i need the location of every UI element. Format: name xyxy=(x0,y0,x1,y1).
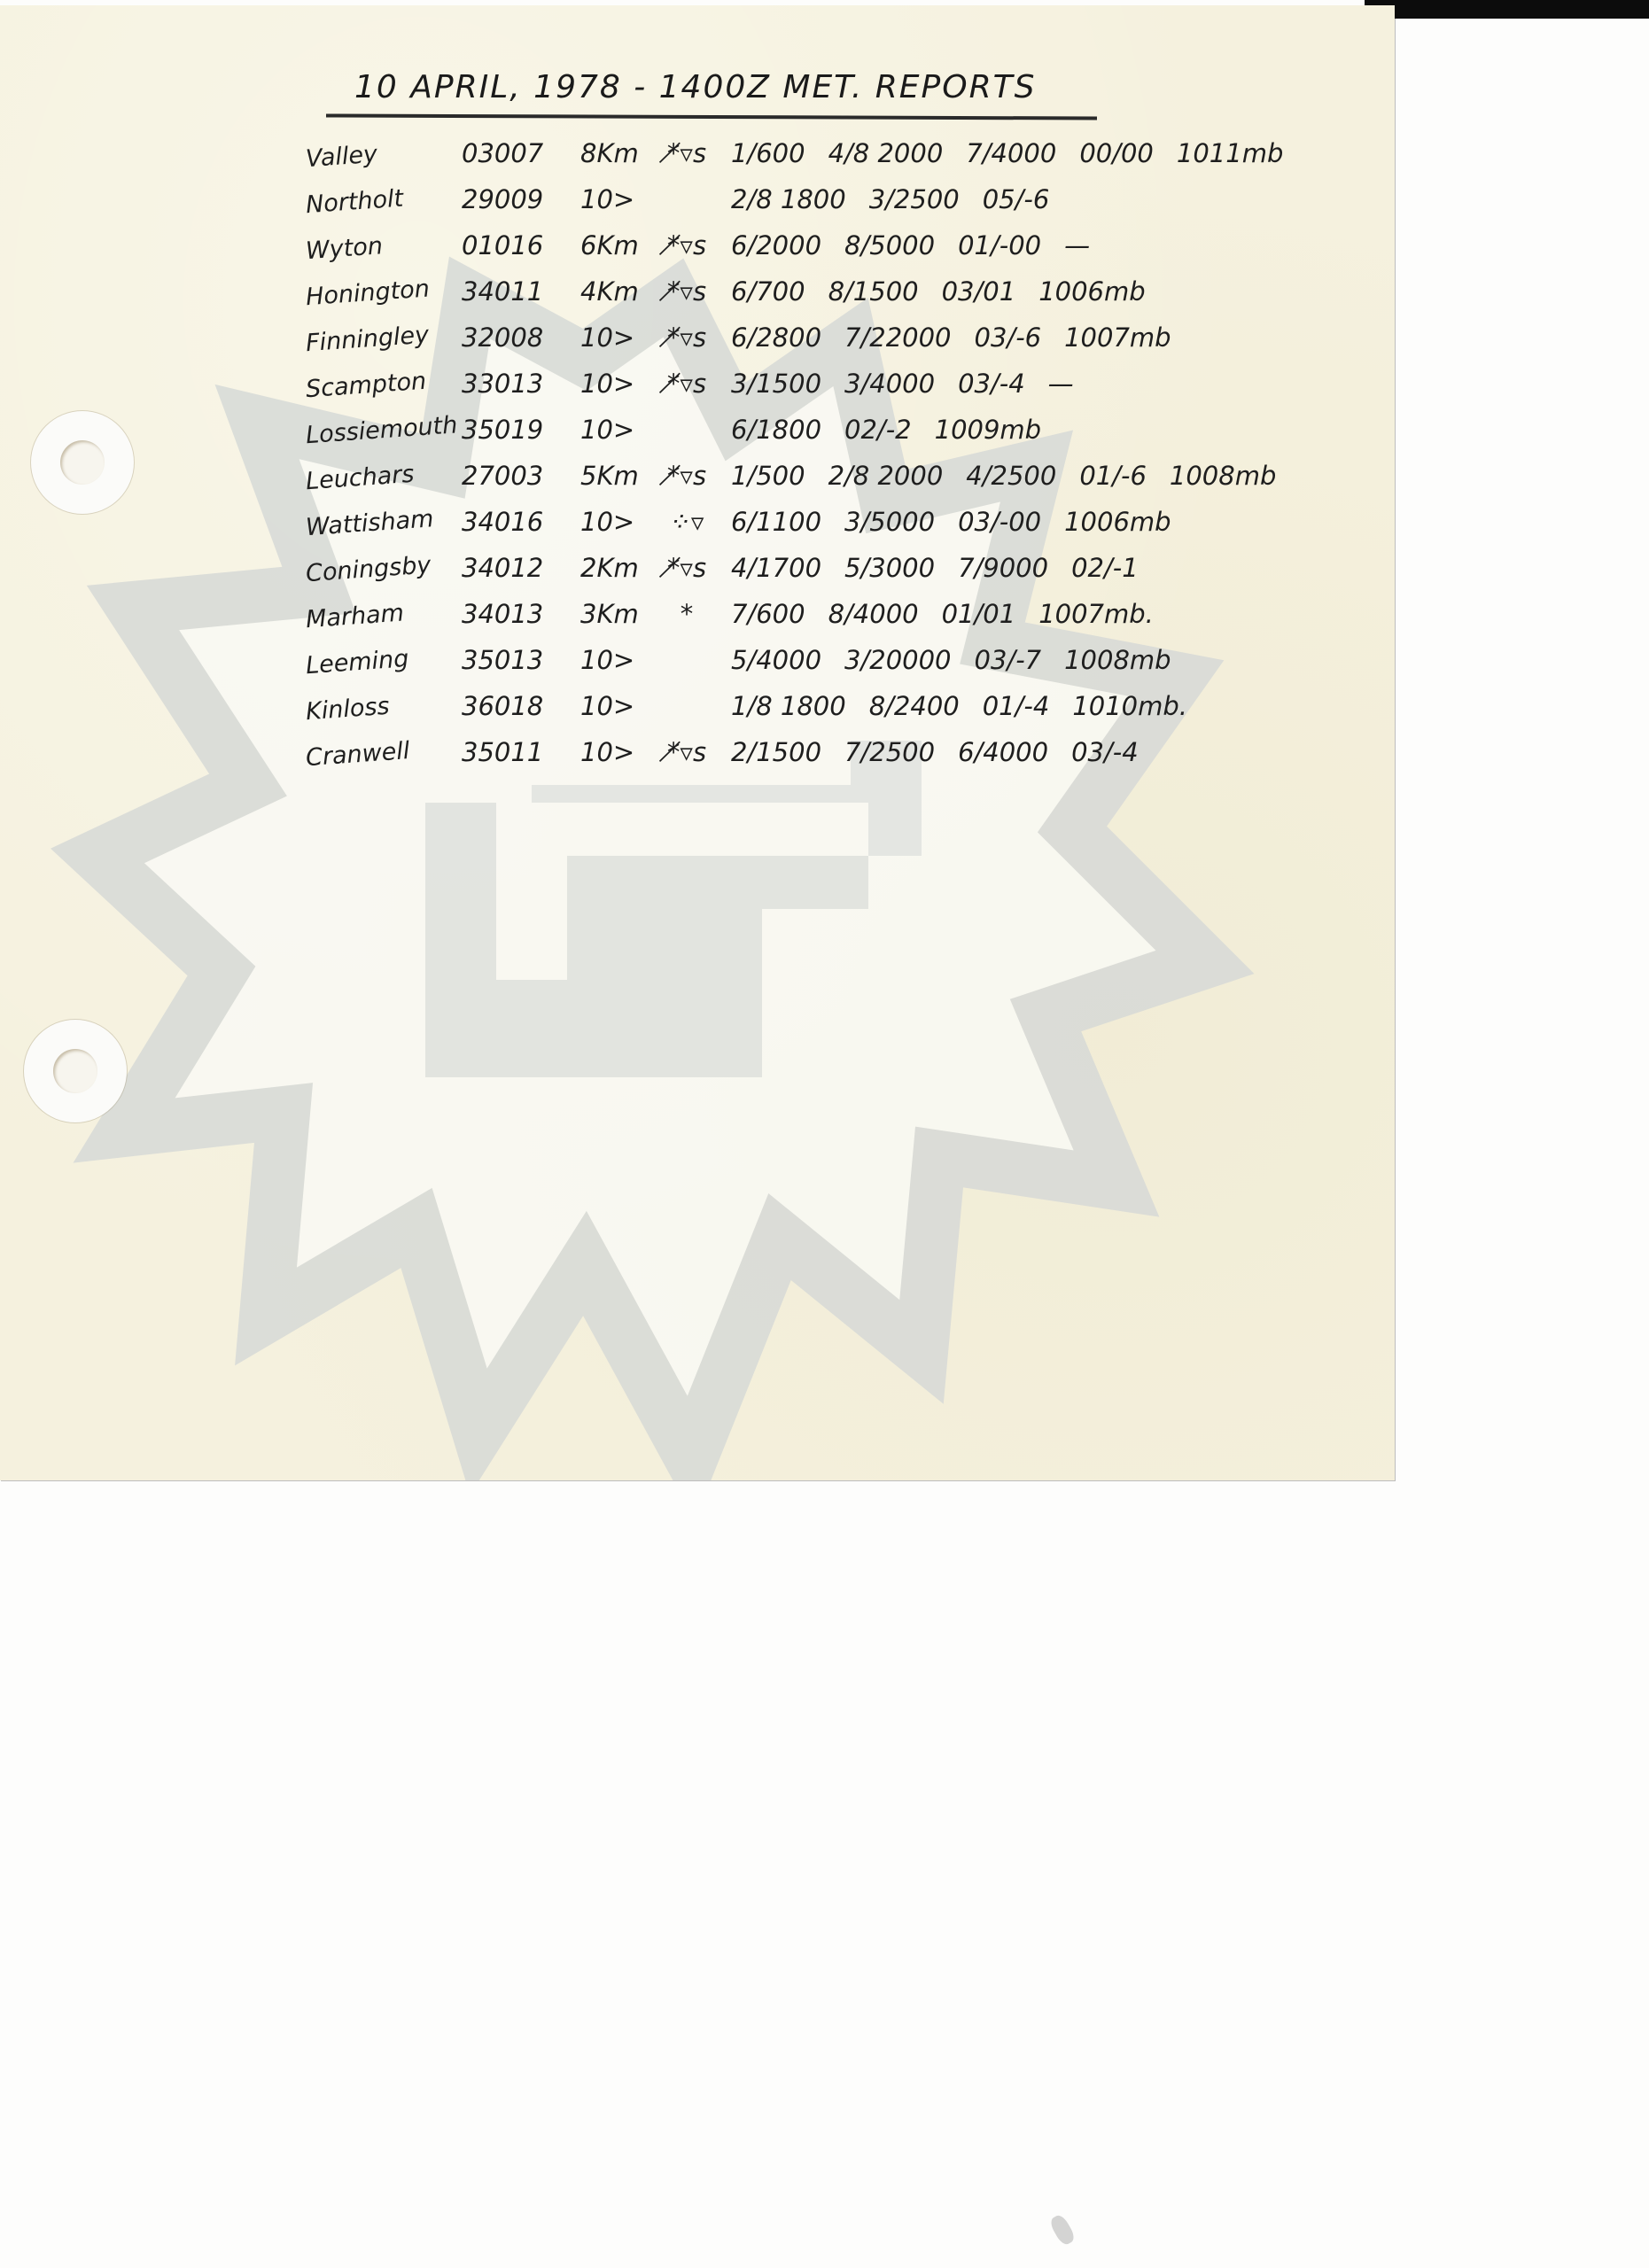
temp-dewpoint: 01/01 xyxy=(942,599,1016,629)
visibility: 5Km xyxy=(580,461,642,491)
wind-group: 36018 xyxy=(462,691,557,721)
report-row: Wattisham3401610>⁘▿6/11003/500003/-00100… xyxy=(306,507,1306,553)
cloud-group: 6/2800 xyxy=(731,322,821,353)
wind-group: 03007 xyxy=(462,138,557,168)
station-name: Leuchars xyxy=(305,459,439,495)
paper-sheet: 10 APRIL, 1978 - 1400Z MET. REPORTS Vall… xyxy=(0,5,1395,1480)
station-name: Scampton xyxy=(305,367,439,403)
cloud-group: 3/1500 xyxy=(731,369,821,399)
visibility: 10> xyxy=(580,322,642,353)
temp-dewpoint: 03/01 xyxy=(942,276,1016,307)
temp-dewpoint: 01/-6 xyxy=(1079,461,1147,491)
pressure: 1010mb. xyxy=(1072,691,1187,721)
visibility: 6Km xyxy=(580,230,642,260)
cloud-group: 7/600 xyxy=(731,599,805,629)
temp-dewpoint: 03/-4 xyxy=(958,369,1025,399)
cloud-group: 1/600 xyxy=(731,138,805,168)
station-name: Lossiemouth xyxy=(305,413,439,449)
cloud-group: 8/5000 xyxy=(844,230,935,260)
station-name: Coningsby xyxy=(305,551,439,587)
visibility: 3Km xyxy=(580,599,642,629)
wind-group: 35019 xyxy=(462,415,557,445)
scanner-edge-strip xyxy=(1365,0,1649,19)
cloud-group: 2/8 2000 xyxy=(828,461,944,491)
cloud-group: 2/1500 xyxy=(731,737,821,767)
station-name: Northolt xyxy=(305,183,439,219)
report-row: Kinloss3601810>1/8 18008/240001/-41010mb… xyxy=(306,691,1306,737)
cloud-group: 4/8 2000 xyxy=(828,138,944,168)
cloud-group: 7/4000 xyxy=(966,138,1056,168)
visibility: 10> xyxy=(580,737,642,767)
visibility: 10> xyxy=(580,691,642,721)
station-name: Honington xyxy=(305,275,439,311)
temp-dewpoint: 00/00 xyxy=(1079,138,1154,168)
cloud-group: 1/8 1800 xyxy=(731,691,846,721)
pressure: — xyxy=(1048,369,1074,399)
visibility: 8Km xyxy=(580,138,642,168)
wind-group: 32008 xyxy=(462,322,557,353)
report-row: Cranwell3501110>*̸▿s2/15007/25006/400003… xyxy=(306,737,1306,783)
weather-symbol: * xyxy=(665,599,708,629)
cloud-group: 3/2500 xyxy=(869,184,960,214)
cloud-group: 8/1500 xyxy=(828,276,919,307)
report-row: Wyton010166Km*̸▿s6/20008/500001/-00— xyxy=(306,230,1306,276)
wind-group: 35013 xyxy=(462,645,557,675)
visibility: 2Km xyxy=(580,553,642,583)
cloud-group: 6/700 xyxy=(731,276,805,307)
weather-symbol: *̸▿s xyxy=(665,553,708,583)
page-title: 10 APRIL, 1978 - 1400Z MET. REPORTS xyxy=(354,69,1036,105)
visibility: 10> xyxy=(580,369,642,399)
temp-dewpoint: 03/-00 xyxy=(958,507,1041,537)
pressure: 1007mb. xyxy=(1038,599,1154,629)
cloud-group: 1/500 xyxy=(731,461,805,491)
wind-group: 34016 xyxy=(462,507,557,537)
weather-symbol: *̸▿s xyxy=(665,138,708,168)
station-name: Finningley xyxy=(305,321,439,357)
report-row: Leeming3501310>5/40003/2000003/-71008mb xyxy=(306,645,1306,691)
cloud-group: 5/3000 xyxy=(844,553,935,583)
station-name: Wattisham xyxy=(305,505,439,541)
station-name: Marham xyxy=(305,597,439,633)
cloud-group: 2/8 1800 xyxy=(731,184,846,214)
temp-dewpoint: 01/-4 xyxy=(983,691,1050,721)
wind-group: 35011 xyxy=(462,737,557,767)
report-row: Finningley3200810>*̸▿s6/28007/2200003/-6… xyxy=(306,322,1306,369)
cloud-group: 3/5000 xyxy=(844,507,935,537)
wind-group: 34013 xyxy=(462,599,557,629)
station-name: Kinloss xyxy=(305,689,439,726)
weather-symbol: *̸▿s xyxy=(665,369,708,399)
pressure: 1009mb xyxy=(935,415,1041,445)
station-name: Cranwell xyxy=(305,735,439,772)
report-row: Honington340114Km*̸▿s6/7008/150003/01100… xyxy=(306,276,1306,322)
temp-dewpoint: 02/-1 xyxy=(1071,553,1139,583)
cloud-group: 7/2500 xyxy=(844,737,935,767)
wind-group: 29009 xyxy=(462,184,557,214)
pressure: 1008mb xyxy=(1170,461,1276,491)
weather-symbol: ⁘▿ xyxy=(665,507,708,537)
weather-symbol: *̸▿s xyxy=(665,276,708,307)
report-row: Scampton3301310>*̸▿s3/15003/400003/-4— xyxy=(306,369,1306,415)
wind-group: 01016 xyxy=(462,230,557,260)
visibility: 10> xyxy=(580,415,642,445)
pressure: 1006mb xyxy=(1038,276,1145,307)
report-row: Lossiemouth3501910>6/180002/-21009mb xyxy=(306,415,1306,461)
temp-dewpoint: 02/-2 xyxy=(844,415,912,445)
scan-smudge xyxy=(1048,2213,1077,2247)
station-name: Leeming xyxy=(305,643,439,680)
pressure: 1006mb xyxy=(1064,507,1171,537)
temp-dewpoint: 05/-6 xyxy=(983,184,1050,214)
temp-dewpoint: 01/-00 xyxy=(958,230,1041,260)
station-name: Wyton xyxy=(305,229,439,265)
cloud-group: 4/2500 xyxy=(966,461,1056,491)
wind-group: 34012 xyxy=(462,553,557,583)
cloud-group: 3/4000 xyxy=(844,369,935,399)
temp-dewpoint: 03/-7 xyxy=(975,645,1042,675)
weather-symbol: *̸▿s xyxy=(665,322,708,353)
report-row: Valley030078Km*̸▿s1/6004/8 20007/400000/… xyxy=(306,138,1306,184)
visibility: 10> xyxy=(580,507,642,537)
weather-symbol: *̸▿s xyxy=(665,461,708,491)
cloud-group: 5/4000 xyxy=(731,645,821,675)
cloud-group: 8/4000 xyxy=(828,599,919,629)
weather-symbol: *̸▿s xyxy=(665,737,708,767)
hole-reinforcement-ring xyxy=(24,1020,127,1122)
cloud-group: 6/1800 xyxy=(731,415,821,445)
visibility: 10> xyxy=(580,184,642,214)
cloud-group: 8/2400 xyxy=(869,691,960,721)
cloud-group: 7/9000 xyxy=(958,553,1048,583)
met-report-list: Valley030078Km*̸▿s1/6004/8 20007/400000/… xyxy=(306,138,1306,783)
wind-group: 33013 xyxy=(462,369,557,399)
cloud-group: 6/4000 xyxy=(958,737,1048,767)
wind-group: 27003 xyxy=(462,461,557,491)
visibility: 4Km xyxy=(580,276,642,307)
pressure: 1007mb xyxy=(1064,322,1171,353)
cloud-group: 7/22000 xyxy=(844,322,951,353)
report-row: Marham340133Km*7/6008/400001/011007mb. xyxy=(306,599,1306,645)
weather-symbol: *̸▿s xyxy=(665,230,708,260)
cloud-group: 3/20000 xyxy=(844,645,951,675)
cloud-group: 6/1100 xyxy=(731,507,821,537)
cloud-group: 6/2000 xyxy=(731,230,821,260)
temp-dewpoint: 03/-4 xyxy=(1071,737,1139,767)
report-row: Coningsby340122Km*̸▿s4/17005/30007/90000… xyxy=(306,553,1306,599)
temp-dewpoint: 03/-6 xyxy=(975,322,1042,353)
report-row: Leuchars270035Km*̸▿s1/5002/8 20004/25000… xyxy=(306,461,1306,507)
hole-reinforcement-ring xyxy=(31,411,134,514)
station-name: Valley xyxy=(305,136,439,173)
visibility: 10> xyxy=(580,645,642,675)
pressure: 1008mb xyxy=(1064,645,1171,675)
pressure: — xyxy=(1064,230,1090,260)
wind-group: 34011 xyxy=(462,276,557,307)
cloud-group: 4/1700 xyxy=(731,553,821,583)
report-row: Northolt2900910>2/8 18003/250005/-6 xyxy=(306,184,1306,230)
pressure: 1011mb xyxy=(1177,138,1283,168)
